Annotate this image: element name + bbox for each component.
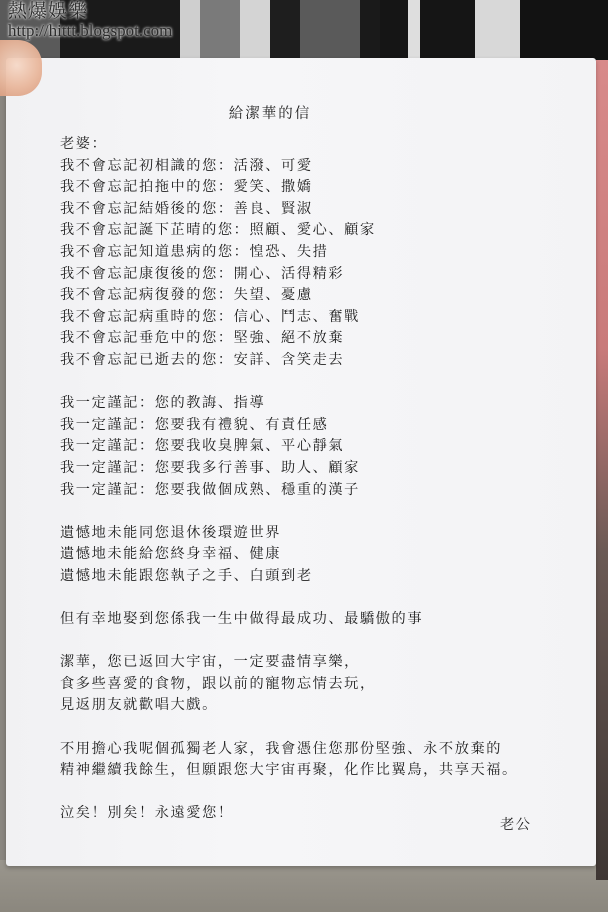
regret-line: 遺憾地未能同您退休後環遊世界	[60, 523, 570, 545]
regret-line: 遺憾地未能給您終身幸福、健康	[60, 544, 570, 566]
memory-line: 我不會忘記垂危中的您：堅強、絕不放棄	[60, 328, 570, 350]
sign-off-row: 泣矣！別矣！永遠愛您！ 老公	[60, 803, 570, 825]
watermark: 熱爆娛樂 http://hittt.blogspot.com	[8, 2, 172, 40]
paragraph-gap	[60, 782, 570, 804]
regret-line: 遺憾地未能跟您執子之手、白頭到老	[60, 566, 570, 588]
memory-line: 我不會忘記病重時的您：信心、鬥志、奮戰	[60, 307, 570, 329]
farewell-line: 泣矣！別矣！永遠愛您！	[60, 805, 234, 821]
thumb-holding-page	[0, 40, 42, 96]
memories-section: 我不會忘記初相識的您：活潑、可愛 我不會忘記拍拖中的您：愛笑、撒嬌 我不會忘記結…	[60, 156, 570, 372]
wish-line: 食多些喜愛的食物，跟以前的寵物忘情去玩，	[60, 674, 570, 696]
watermark-title: 熱爆娛樂	[8, 2, 172, 22]
watermark-url: http://hittt.blogspot.com	[8, 22, 172, 40]
paragraph-gap	[60, 631, 570, 653]
background-fabric-bottom	[0, 860, 608, 912]
memory-line: 我不會忘記拍拖中的您：愛笑、撒嬌	[60, 177, 570, 199]
wish-line: 潔華，您已返回大宇宙，一定要盡情享樂，	[60, 652, 570, 674]
memory-line: 我不會忘記知道患病的您：惶恐、失措	[60, 242, 570, 264]
closing-line: 不用擔心我呢個孤獨老人家，我會憑住您那份堅強、永不放棄的	[60, 739, 570, 761]
wishes-section: 潔華，您已返回大宇宙，一定要盡情享樂， 食多些喜愛的食物，跟以前的寵物忘情去玩，…	[60, 652, 570, 717]
memory-line: 我不會忘記病復發的您：失望、憂慮	[60, 285, 570, 307]
salutation: 老婆：	[60, 134, 570, 156]
promise-line: 我一定謹記：您要我多行善事、助人、顧家	[60, 458, 570, 480]
memory-line: 我不會忘記初相識的您：活潑、可愛	[60, 156, 570, 178]
promise-line: 我一定謹記：您要我有禮貌、有責任感	[60, 415, 570, 437]
paragraph-gap	[60, 587, 570, 609]
promise-line: 我一定謹記：您要我收臭脾氣、平心靜氣	[60, 436, 570, 458]
letter-body: 給潔華的信 老婆： 我不會忘記初相識的您：活潑、可愛 我不會忘記拍拖中的您：愛笑…	[60, 102, 570, 825]
paragraph-gap	[60, 372, 570, 394]
background-right-edge	[596, 60, 608, 880]
paragraph-gap	[60, 717, 570, 739]
promises-section: 我一定謹記：您的教誨、指導 我一定謹記：您要我有禮貌、有責任感 我一定謹記：您要…	[60, 393, 570, 501]
memory-line: 我不會忘記結婚後的您：善良、賢淑	[60, 199, 570, 221]
signature: 老公	[500, 815, 532, 837]
paragraph-gap	[60, 501, 570, 523]
promise-line: 我一定謹記：您的教誨、指導	[60, 393, 570, 415]
regrets-section: 遺憾地未能同您退休後環遊世界 遺憾地未能給您終身幸福、健康 遺憾地未能跟您執子之…	[60, 523, 570, 588]
wish-line: 見返朋友就歡唱大戲。	[60, 695, 570, 717]
memory-line: 我不會忘記康復後的您：開心、活得精彩	[60, 264, 570, 286]
fortune-line: 但有幸地娶到您係我一生中做得最成功、最驕傲的事	[60, 609, 570, 631]
letter-title: 給潔華的信	[60, 102, 480, 123]
closing-line: 精神繼續我餘生，但願跟您大宇宙再聚，化作比翼鳥，共享天福。	[60, 760, 570, 782]
memory-line: 我不會忘記誕下芷晴的您：照顧、愛心、顧家	[60, 220, 570, 242]
memory-line: 我不會忘記已逝去的您：安詳、含笑走去	[60, 350, 570, 372]
closing-section: 不用擔心我呢個孤獨老人家，我會憑住您那份堅強、永不放棄的 精神繼續我餘生，但願跟…	[60, 739, 570, 782]
promise-line: 我一定謹記：您要我做個成熟、穩重的漢子	[60, 480, 570, 502]
